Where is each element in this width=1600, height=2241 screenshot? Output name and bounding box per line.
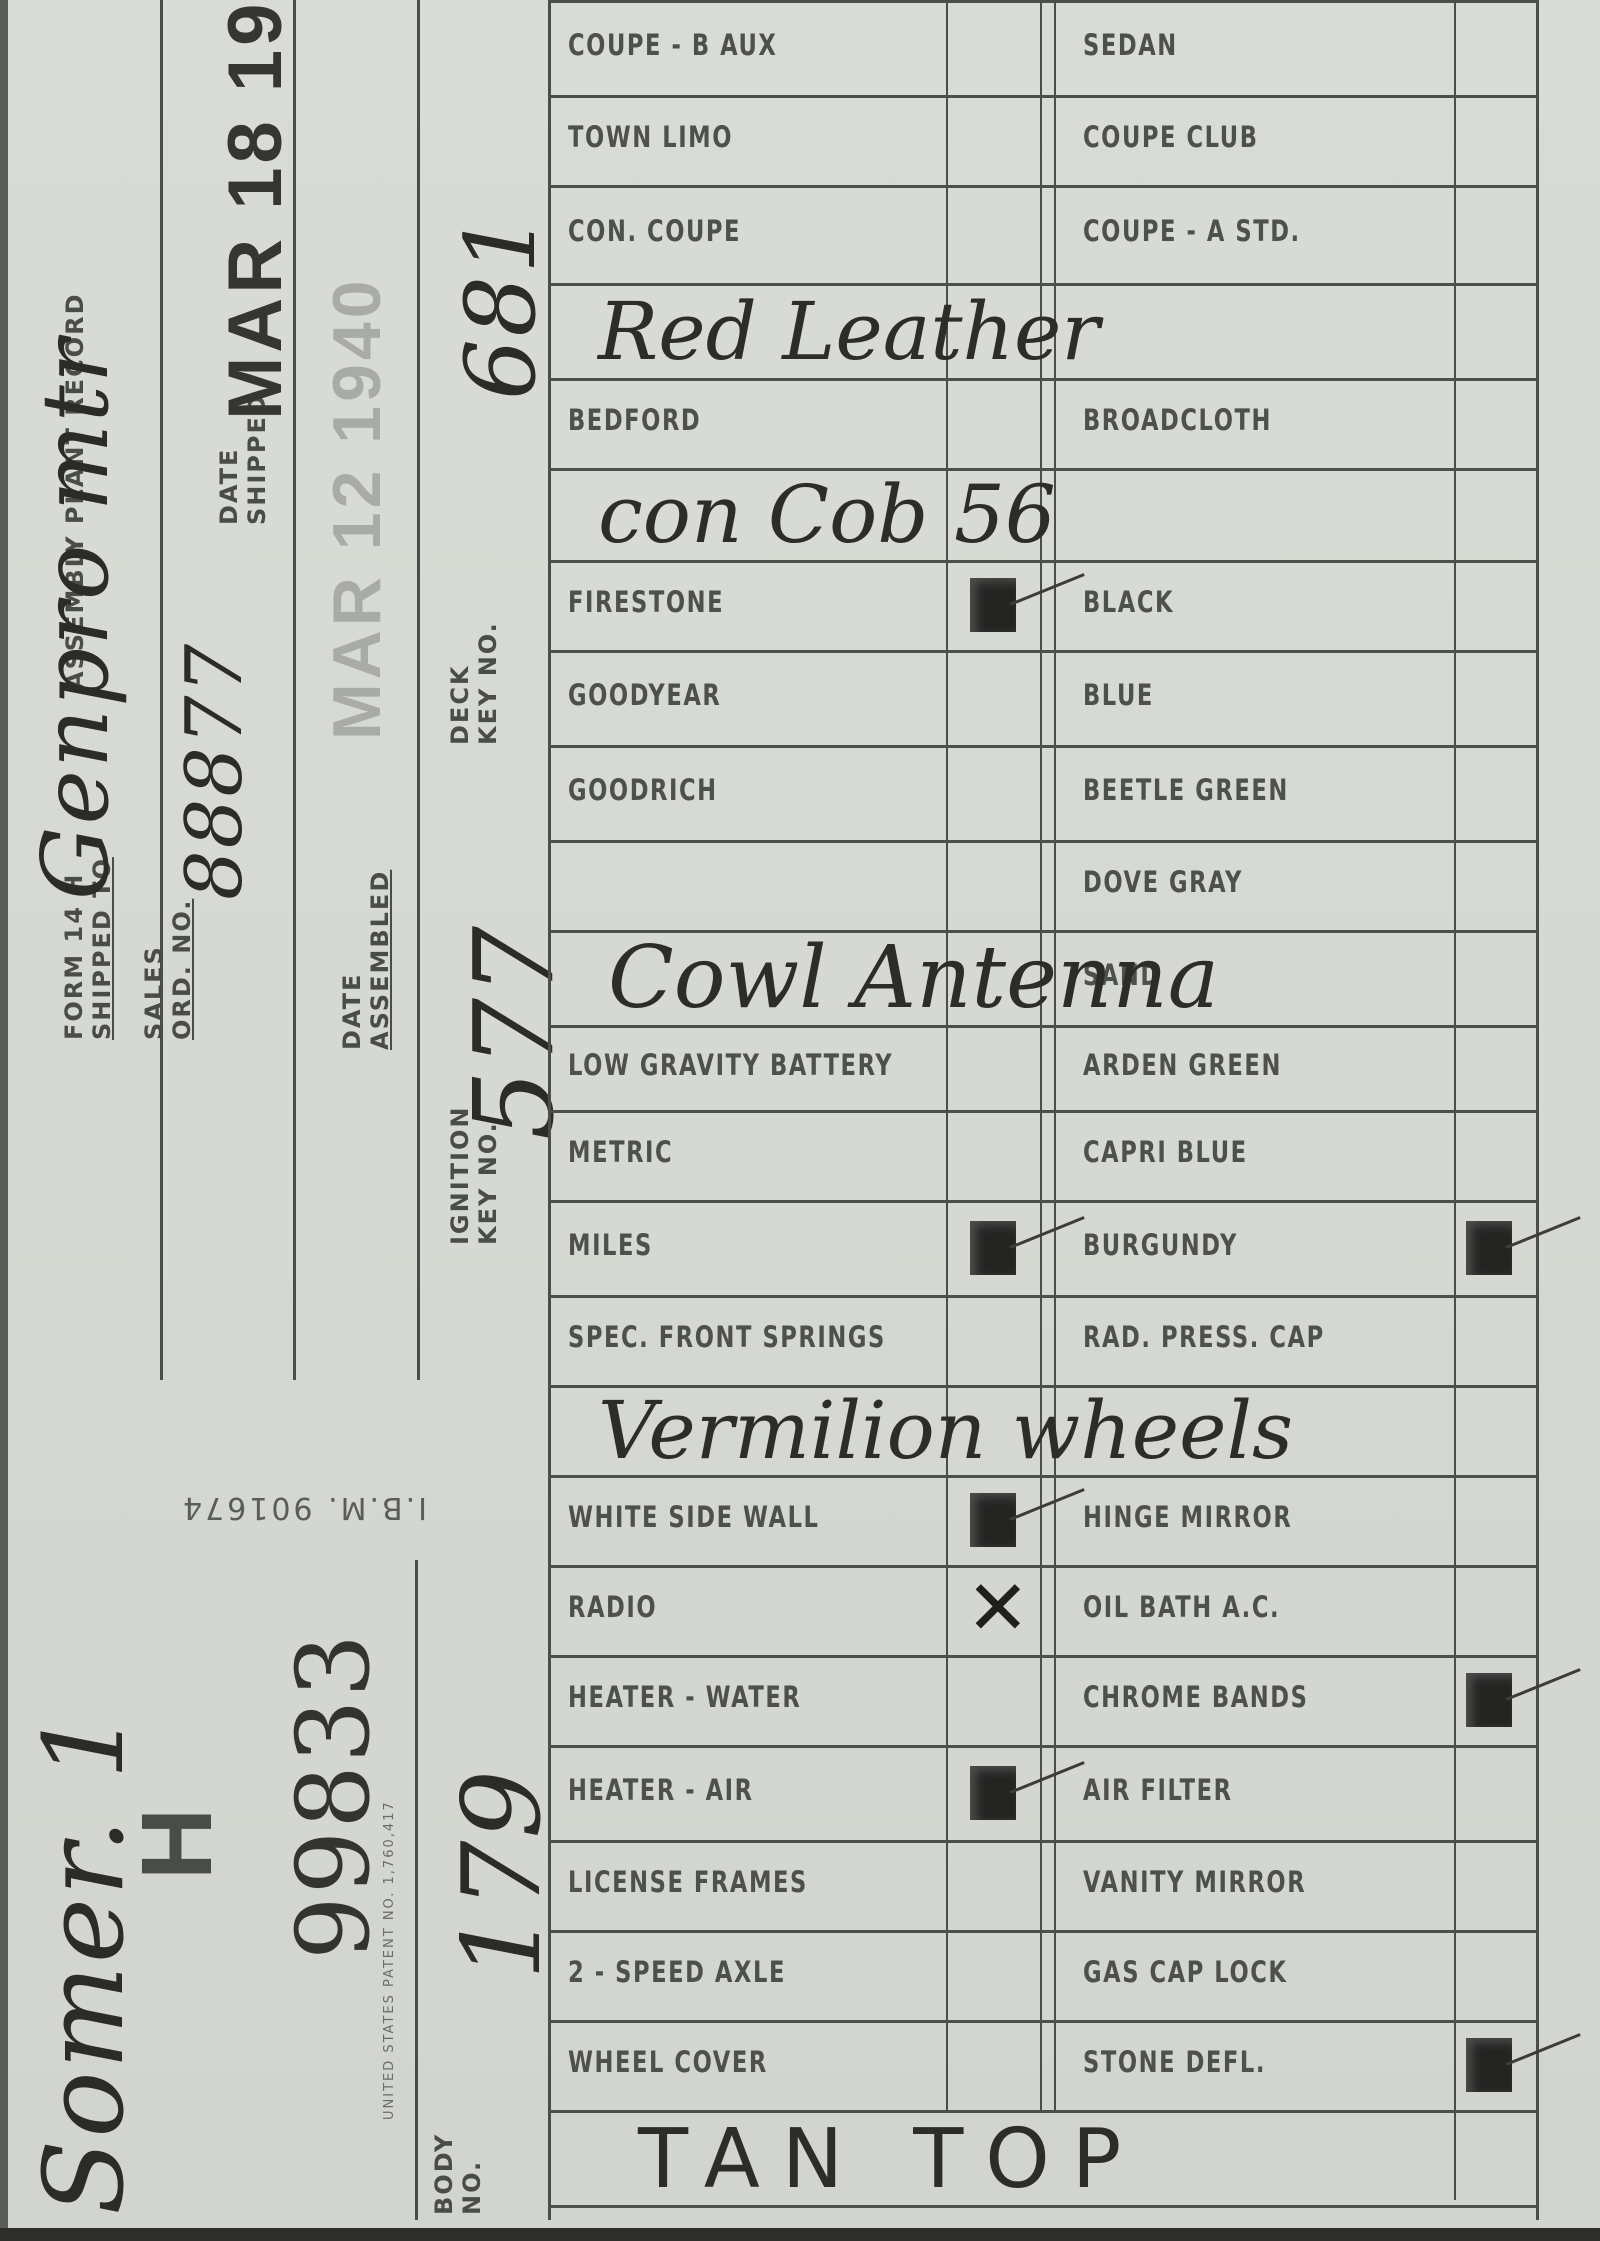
deck-key-number: 681 <box>445 211 557 400</box>
option-label-left: HEATER - WATER <box>568 1680 801 1714</box>
grid-row: MILESBURGUNDY <box>548 1200 1538 1295</box>
check-tick-mark <box>1505 1668 1580 1701</box>
grid-row: GOODRICHBEETLE GREEN <box>548 745 1538 840</box>
grid-row: FIRESTONEBLACK <box>548 560 1538 650</box>
handwritten-overwrite: Cowl Antenna <box>608 928 1219 1028</box>
option-label-left: SPEC. FRONT SPRINGS <box>568 1320 886 1354</box>
option-label-right: BEETLE GREEN <box>1083 773 1289 807</box>
option-label-right: COUPE - A STD. <box>1083 214 1301 248</box>
date-assembled-value: MAR 12 1940 <box>319 276 395 740</box>
option-label-left: RADIO <box>568 1590 657 1624</box>
handwritten-note: TAN TOP <box>638 2112 1143 2207</box>
patent-note: UNITED STATES PATENT NO. 1,760,417 <box>382 1800 397 2120</box>
shipped-to-text: Genpro mtr <box>22 337 129 900</box>
series-letter: H <box>120 1806 235 1880</box>
deck-label: DECK <box>446 621 474 745</box>
option-label-right: SEDAN <box>1083 28 1178 62</box>
option-checkbox-left[interactable] <box>948 1930 1040 2020</box>
option-checkbox-left[interactable] <box>948 840 1040 930</box>
option-checkbox-right[interactable] <box>1456 95 1536 185</box>
option-checkbox-right[interactable] <box>1456 930 1536 1025</box>
grid-row: WHEEL COVERSTONE DEFL. <box>548 2020 1538 2110</box>
check-tick-mark <box>1009 1488 1084 1521</box>
option-label-left: BEDFORD <box>568 403 701 437</box>
option-label-right: ARDEN GREEN <box>1083 1048 1282 1082</box>
option-label-right: AIR FILTER <box>1083 1773 1233 1807</box>
ord-no-label: ORD. NO. <box>168 899 196 1040</box>
dealer-note-text: Somer. 1 <box>20 1708 148 2215</box>
key-no-label: KEY NO. <box>474 621 502 745</box>
option-label-right: BROADCLOTH <box>1083 403 1272 437</box>
option-checkbox-right[interactable] <box>1456 1025 1536 1110</box>
option-checkbox-left[interactable] <box>948 1025 1040 1110</box>
grid-row: CON. COUPECOUPE - A STD. <box>548 185 1538 283</box>
body-number: 179 <box>440 1768 565 1980</box>
grid-row: Red Leather <box>548 283 1538 378</box>
strip-divider-3 <box>417 0 420 1380</box>
option-label-left: TOWN LIMO <box>568 120 733 154</box>
grid-row: SPEC. FRONT SPRINGSRAD. PRESS. CAP <box>548 1295 1538 1385</box>
option-checkbox-right[interactable] <box>1456 1475 1536 1565</box>
option-label-right: HINGE MIRROR <box>1083 1500 1292 1534</box>
option-checkbox-right[interactable] <box>1456 1840 1536 1930</box>
check-tick-mark <box>1009 1216 1084 1249</box>
grid-row: con Cob 56 <box>548 468 1538 560</box>
option-checkbox-right[interactable] <box>1456 560 1536 650</box>
option-checkbox-left[interactable] <box>948 378 1040 468</box>
handwritten-note: Vermilion wheels <box>598 1384 1293 1477</box>
option-label-left: MILES <box>568 1228 653 1262</box>
sales-ord-number: 88877 <box>170 642 260 900</box>
option-label-left: COUPE - B AUX <box>568 28 777 62</box>
grid-row: HEATER - WATERCHROME BANDS <box>548 1655 1538 1745</box>
grid-row: HEATER - AIRAIR FILTER <box>548 1745 1538 1840</box>
option-label-right: OIL BATH A.C. <box>1083 1590 1280 1624</box>
options-grid: COUPE - B AUXSEDANTOWN LIMOCOUPE CLUBCON… <box>548 0 1540 2220</box>
patent-note-text: UNITED STATES PATENT NO. 1,760,417 <box>382 1800 397 2120</box>
check-tick-mark <box>1009 573 1084 606</box>
series-letter-text: H <box>121 1806 233 1880</box>
grid-row: TAN TOP <box>548 2110 1538 2205</box>
option-label-right: RAD. PRESS. CAP <box>1083 1320 1325 1354</box>
dealer-note: Somer. 1 <box>20 1708 148 2215</box>
option-checkbox-left-checked[interactable] <box>970 578 1016 632</box>
assembly-plant-record-card: ASSEMBLY PLANT RECORD FORM 14 H SHIPPED … <box>0 0 1600 2241</box>
check-tick-mark <box>1009 1761 1084 1794</box>
card-left-edge <box>0 0 8 2241</box>
grid-row: WHITE SIDE WALLHINGE MIRROR <box>548 1475 1538 1565</box>
check-tick-mark <box>1505 1216 1580 1249</box>
option-label-left: WHITE SIDE WALL <box>568 1500 820 1534</box>
date-shipped-value: MAR 18 1940 <box>213 0 298 420</box>
option-checkbox-right[interactable] <box>1456 1930 1536 2020</box>
assembled-label: ASSEMBLED <box>366 870 394 1050</box>
body-no-label-text: NO. <box>458 2133 486 2215</box>
serial-number: 99833 <box>275 1632 392 1960</box>
radio-x-mark[interactable]: ✕ <box>966 1570 1030 1646</box>
grid-row: BEDFORDBROADCLOTH <box>548 378 1538 468</box>
option-label-right: BLUE <box>1083 678 1154 712</box>
option-label-right: COUPE CLUB <box>1083 120 1259 154</box>
option-checkbox-left[interactable] <box>948 745 1040 840</box>
option-checkbox-right[interactable] <box>1456 650 1536 745</box>
option-label-right: GAS CAP LOCK <box>1083 1955 1287 1989</box>
sales-ord-value: 88877 <box>170 642 260 900</box>
option-checkbox-left-checked[interactable] <box>970 1493 1016 1547</box>
date-label-2: DATE <box>338 870 366 1050</box>
option-checkbox-left[interactable] <box>948 1840 1040 1930</box>
option-checkbox-right[interactable] <box>1456 185 1536 283</box>
check-tick-mark <box>1505 2033 1580 2066</box>
sales-label: SALES <box>140 899 168 1040</box>
option-label-right: CHROME BANDS <box>1083 1680 1308 1714</box>
option-label-right: CAPRI BLUE <box>1083 1135 1248 1169</box>
option-label-left: GOODYEAR <box>568 678 721 712</box>
option-label-left: GOODRICH <box>568 773 718 807</box>
date-assembled-label: DATE ASSEMBLED <box>338 870 394 1050</box>
option-checkbox-left[interactable] <box>948 1655 1040 1745</box>
option-checkbox-right[interactable] <box>1456 1745 1536 1840</box>
body-no-label: BODY NO. <box>430 2133 486 2215</box>
option-label-left: CON. COUPE <box>568 214 741 248</box>
deck-key-label: DECK KEY NO. <box>446 621 502 745</box>
grid-row: LICENSE FRAMESVANITY MIRROR <box>548 1840 1538 1930</box>
serial-number-text: 99833 <box>275 1632 392 1960</box>
grid-row: RADIOOIL BATH A.C.✕ <box>548 1565 1538 1655</box>
sales-ord-label: SALES ORD. NO. <box>140 899 196 1040</box>
option-checkbox-left[interactable] <box>948 0 1040 95</box>
option-checkbox-right[interactable] <box>1456 1565 1536 1655</box>
option-checkbox-right[interactable] <box>1456 840 1536 930</box>
ibm-number-text: I.B.M. 901674 <box>180 1490 427 1525</box>
option-label-left: HEATER - AIR <box>568 1773 754 1807</box>
grid-row: DOVE GRAY <box>548 840 1538 930</box>
body-no-value: 179 <box>440 1768 565 1980</box>
option-label-left: 2 - SPEED AXLE <box>568 1955 786 1989</box>
option-label-left: WHEEL COVER <box>568 2045 768 2079</box>
handwritten-note: con Cob 56 <box>598 468 1056 561</box>
option-checkbox-right[interactable] <box>1456 0 1536 95</box>
option-label-right: DOVE GRAY <box>1083 865 1243 899</box>
option-checkbox-right-checked[interactable] <box>1466 1673 1512 1727</box>
grid-row: METRICCAPRI BLUE <box>548 1110 1538 1200</box>
shipped-to-value: Genpro mtr <box>22 337 129 900</box>
option-checkbox-left[interactable] <box>948 95 1040 185</box>
ibm-number: I.B.M. 901674 <box>180 1490 427 1525</box>
body-label: BODY <box>430 2133 458 2215</box>
date-shipped-stamp: MAR 18 1940 <box>212 0 299 420</box>
grid-row: COUPE - B AUXSEDAN <box>548 0 1538 95</box>
option-checkbox-right[interactable] <box>1456 1110 1536 1200</box>
option-label-right: VANITY MIRROR <box>1083 1865 1306 1899</box>
grid-row: Vermilion wheels <box>548 1385 1538 1475</box>
option-checkbox-left[interactable] <box>948 650 1040 745</box>
deck-key-value: 681 <box>445 211 557 400</box>
date-assembled-stamp: MAR 12 1940 <box>318 276 396 740</box>
option-checkbox-right[interactable] <box>1456 378 1536 468</box>
option-checkbox-left[interactable] <box>948 1295 1040 1385</box>
option-checkbox-left[interactable] <box>948 2020 1040 2110</box>
option-label-left: FIRESTONE <box>568 585 724 619</box>
card-bottom-edge <box>0 2228 1600 2241</box>
option-label-right: BLACK <box>1083 585 1174 619</box>
grid-bottom-line <box>548 2205 1538 2208</box>
option-label-right: BURGUNDY <box>1083 1228 1238 1262</box>
handwritten-note: Red Leather <box>598 285 1100 378</box>
grid-row: GOODYEARBLUE <box>548 650 1538 745</box>
grid-row: LOW GRAVITY BATTERYARDEN GREEN <box>548 1025 1538 1110</box>
option-checkbox-left[interactable] <box>948 185 1040 283</box>
option-checkbox-left[interactable] <box>948 1110 1040 1200</box>
option-checkbox-right[interactable] <box>1456 1295 1536 1385</box>
option-label-left: LICENSE FRAMES <box>568 1865 808 1899</box>
grid-row: TOWN LIMOCOUPE CLUB <box>548 95 1538 185</box>
grid-row: SANDCowl Antenna <box>548 930 1538 1025</box>
strip-divider-4 <box>415 1560 418 2220</box>
option-checkbox-right-checked[interactable] <box>1466 2038 1512 2092</box>
option-checkbox-right[interactable] <box>1456 745 1536 840</box>
option-label-left: METRIC <box>568 1135 673 1169</box>
strip-divider-1 <box>160 0 163 1380</box>
option-label-left: LOW GRAVITY BATTERY <box>568 1048 893 1082</box>
grid-row: 2 - SPEED AXLEGAS CAP LOCK <box>548 1930 1538 2020</box>
option-label-right: STONE DEFL. <box>1083 2045 1266 2079</box>
